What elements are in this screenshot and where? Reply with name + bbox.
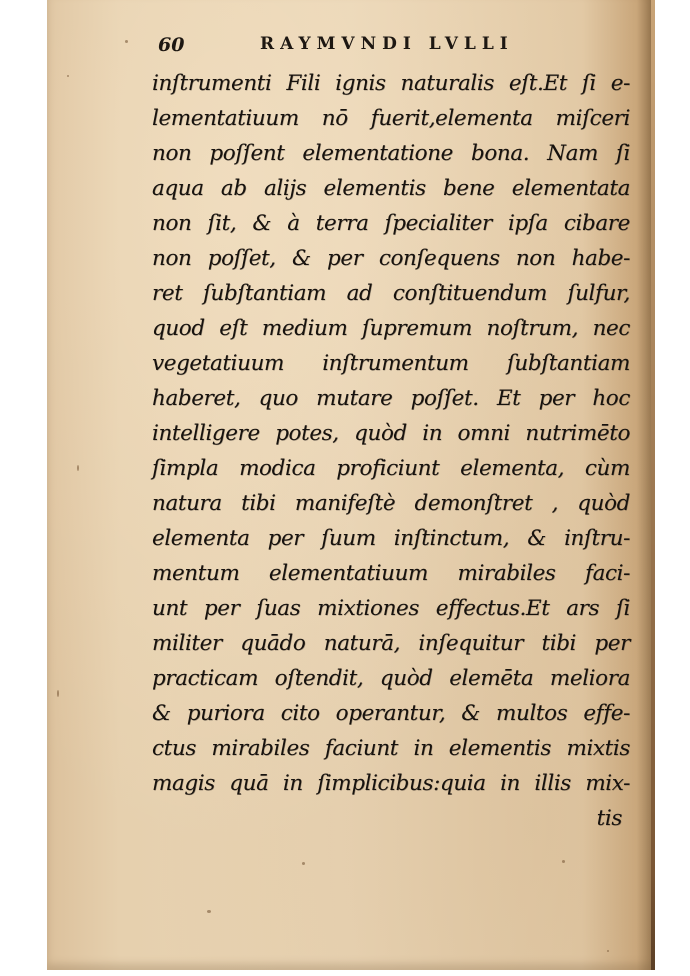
paper-speck: [562, 860, 565, 863]
running-title: RAYMVNDI LVLLI: [260, 34, 514, 54]
text-line: ret ſubſtantiam ad conſtituendum ſulfur,: [152, 276, 630, 311]
text-line: elementa per ſuum inſtinctum, & inſtru-: [152, 521, 630, 556]
text-line: quod eſt medium ſupremum noſtrum, nec: [152, 311, 630, 346]
text-line: non poſſet, & per conſequens non habe-: [152, 241, 630, 276]
text-line: ſimpla modica proficiunt elementa, cùm: [152, 451, 630, 486]
body-text: inſtrumenti Fili ignis naturalis eſt.Et …: [152, 66, 630, 836]
text-line: mentum elementatiuum mirabiles faci-: [152, 556, 630, 591]
page-header: 60 RAYMVNDI LVLLI: [158, 30, 578, 62]
text-line: intelligere potes, quòd in omni nutrimēt…: [152, 416, 630, 451]
paper-speck: [607, 950, 609, 952]
text-line: lementatiuum nō fuerit,elementa miſceri: [152, 101, 630, 136]
paper-speck: [125, 40, 128, 43]
text-line: practicam oſtendit, quòd elemēta meliora: [152, 661, 630, 696]
text-line: non poſſent elementatione bona. Nam ſi: [152, 136, 630, 171]
text-line: natura tibi manifeſtè demonſtret , quòd: [152, 486, 630, 521]
page-number: 60: [158, 34, 184, 56]
text-line: & puriora cito operantur, & multos effe-: [152, 696, 630, 731]
text-line: vegetatiuum inſtrumentum ſubſtantiam: [152, 346, 630, 381]
text-line: ctus mirabiles faciunt in elementis mixt…: [152, 731, 630, 766]
text-line: inſtrumenti Fili ignis naturalis eſt.Et …: [152, 66, 630, 101]
paper-speck: [302, 862, 305, 865]
text-line: non ſit, & à terra ſpecialiter ipſa ciba…: [152, 206, 630, 241]
paper-speck: [57, 690, 59, 697]
text-line: haberet, quo mutare poſſet. Et per hoc: [152, 381, 630, 416]
catchword: tis: [152, 801, 630, 836]
text-line: aqua ab alijs elementis bene elementata: [152, 171, 630, 206]
text-line: unt per ſuas mixtiones effectus.Et ars ſ…: [152, 591, 630, 626]
paper-speck: [67, 75, 69, 77]
text-line: magis quā in ſimplicibus:quia in illis m…: [152, 766, 630, 801]
text-line: militer quādo naturā, inſequitur tibi pe…: [152, 626, 630, 661]
paper-speck: [77, 465, 79, 471]
paper-speck: [207, 910, 211, 913]
